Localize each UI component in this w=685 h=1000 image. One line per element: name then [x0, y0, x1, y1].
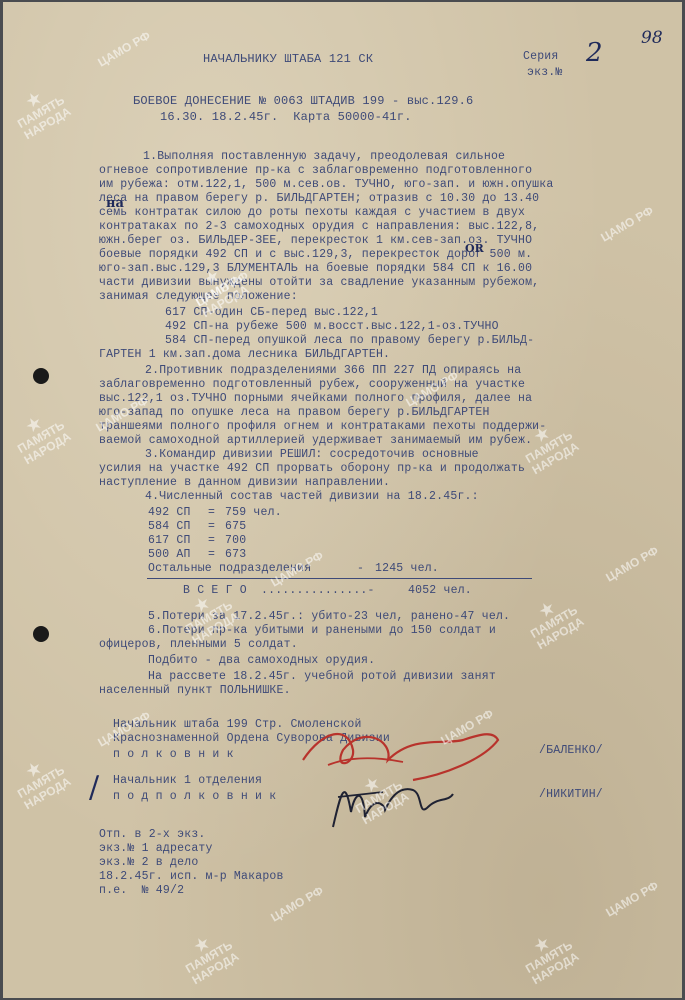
body-line: 617 СП-один СБ-перед выс.122,1 — [165, 306, 378, 319]
body-line: 584 СП-перед опушкой леса по правому бер… — [165, 334, 534, 347]
unit-value: 675 — [225, 520, 246, 533]
body-line: ваемой самоходной артиллерией удерживает… — [99, 434, 532, 447]
body-line: огневое сопротивление пр-ка с заблаговре… — [99, 164, 532, 177]
footer-line: экз.№ 1 адресату — [99, 842, 213, 855]
archive-watermark: ЦАМО РФ — [603, 543, 660, 584]
signer-rank: п о д п о л к о в н и к — [113, 790, 276, 803]
body-line: На рассвете 18.2.45г. учебной ротой диви… — [148, 670, 496, 683]
body-line: 2.Противник подразделениями 366 ПП 227 П… — [145, 364, 521, 377]
body-line: заблаговременно подготовленный рубеж, со… — [99, 378, 525, 391]
equals-sign: = — [208, 534, 215, 547]
archive-watermark: ЦАМО РФ — [603, 878, 660, 919]
body-line: 492 СП-на рубеже 500 м.восст.выс.122,1-о… — [165, 320, 499, 333]
footer-line: экз.№ 2 в дело — [99, 856, 198, 869]
footer-line: Отп. в 2-х экз. — [99, 828, 206, 841]
body-line: 3.Командир дивизии РЕШИЛ: сосредоточив о… — [145, 448, 479, 461]
unit-value: 1245 чел. — [375, 562, 439, 575]
punch-hole — [33, 368, 49, 384]
body-line: 1.Выполняя поставленную задачу, преодоле… — [143, 150, 505, 163]
footer-line: 18.2.45г. исп. м-р Макаров — [99, 870, 284, 883]
body-line: наступление в данном дивизии направлении… — [99, 476, 390, 489]
body-line: выс.122,1 оз.ТУЧНО порными ячейками полн… — [99, 392, 532, 405]
unit-value: 673 — [225, 548, 246, 561]
memory-watermark: ★ПАМЯТЬНАРОДА — [8, 752, 73, 813]
body-line: юго-запад по опушке леса на правом берег… — [99, 406, 490, 419]
handwritten-annotation: OR — [465, 242, 484, 255]
archive-watermark: ЦАМО РФ — [95, 28, 152, 69]
margin-mark: / — [89, 770, 99, 805]
report-datetime: 16.30. 18.2.45г. Карта 50000-41г. — [160, 110, 412, 124]
copy-number: 2 — [586, 38, 603, 68]
unit-label: 584 СП — [148, 520, 191, 533]
page-number: 98 — [641, 28, 663, 48]
copy-label: экз.№ — [527, 66, 563, 79]
series-label: Серия — [523, 50, 559, 63]
body-line: ГАРТЕН 1 км.зап.дома лесника БИЛЬДГАРТЕН… — [99, 348, 390, 361]
unit-label: 617 СП — [148, 534, 191, 547]
report-title: БОЕВОЕ ДОНЕСЕНИЕ № 0063 ШТАДИВ 199 - выс… — [133, 94, 473, 108]
signer-name: /НИКИТИН/ — [539, 788, 603, 801]
signer-rank: п о л к о в н и к — [113, 748, 234, 761]
unit-value: 700 — [225, 534, 246, 547]
document-page: НАЧАЛЬНИКУ ШТАБА 121 СК Серия экз.№ 2 98… — [3, 2, 682, 998]
addressee: НАЧАЛЬНИКУ ШТАБА 121 СК — [203, 52, 373, 66]
equals-sign: = — [208, 548, 215, 561]
archive-watermark: ЦАМО РФ — [598, 203, 655, 244]
memory-watermark: ★ПАМЯТЬНАРОДА — [8, 407, 73, 468]
body-line: Подбито - два самоходных орудия. — [148, 654, 375, 667]
total-separator — [147, 578, 532, 579]
body-line: населенный пункт ПОЛЬНИШКЕ. — [99, 684, 291, 697]
punch-hole — [33, 626, 49, 642]
body-line: 4.Численный состав частей дивизии на 18.… — [145, 490, 479, 503]
signer-name: /БАЛЕНКО/ — [539, 744, 603, 757]
body-line: контратаках по 2-3 самоходных орудия с н… — [99, 220, 539, 233]
handwritten-annotation: на — [106, 196, 124, 211]
memory-watermark: ★ПАМЯТЬНАРОДА — [8, 82, 73, 143]
archive-watermark: ЦАМО РФ — [268, 883, 325, 924]
memory-watermark: ★ПАМЯТЬНАРОДА — [176, 927, 241, 988]
memory-watermark: ★ПАМЯТЬНАРОДА — [521, 592, 586, 653]
equals-sign: = — [208, 520, 215, 533]
body-line: траншеями полного профиля огнем и контра… — [99, 420, 546, 433]
body-line: леса на правом берегу р. БИЛЬДГАРТЕН; от… — [99, 192, 539, 205]
unit-label: 492 СП — [148, 506, 191, 519]
footer-line: п.е. № 49/2 — [99, 884, 184, 897]
body-line: семь контратак силою до роты пехоты кажд… — [99, 206, 525, 219]
unit-label: 500 АП — [148, 548, 191, 561]
signer-title: Начальник 1 отделения — [113, 774, 262, 787]
memory-watermark: ★ПАМЯТЬНАРОДА — [516, 927, 581, 988]
unit-value: 759 чел. — [225, 506, 282, 519]
dash: - — [357, 562, 364, 575]
body-line: юго-зап.выс.129,3 БЛУМЕНТАЛЬ на боевые п… — [99, 262, 532, 275]
total-value: 4052 чел. — [408, 584, 472, 597]
body-line: части дивизии вынуждены отойти за свадле… — [99, 276, 539, 289]
body-line: усилия на участке 492 СП прорвать оборон… — [99, 462, 525, 475]
equals-sign: = — [208, 506, 215, 519]
body-line: им рубежа: отм.122,1, 500 м.сев.ов. ТУЧН… — [99, 178, 553, 191]
